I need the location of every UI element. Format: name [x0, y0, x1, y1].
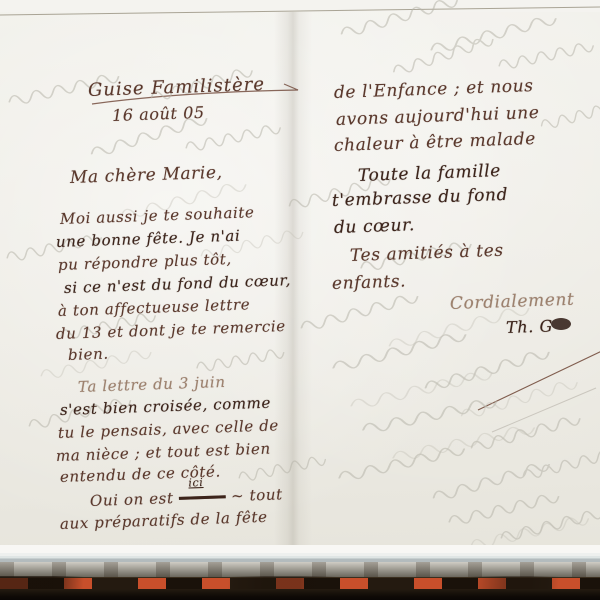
- page-stack-edge: [0, 545, 600, 562]
- letter-date: 16 août 05: [112, 103, 205, 125]
- signature: Th. G: [506, 316, 554, 337]
- struck-text: ———: [179, 487, 226, 507]
- correction-post: ~ tout: [225, 485, 283, 505]
- handwritten-line: enfants.: [332, 271, 407, 294]
- handwritten-line: du cœur.: [334, 215, 416, 238]
- handwritten-line: bien.: [68, 345, 109, 364]
- page-block-edge-shadow: [0, 562, 600, 577]
- inserted-word-above: ici: [188, 476, 203, 490]
- notebook-cover-bottom: [0, 589, 600, 600]
- top-page-edge: [0, 0, 600, 12]
- notebook-letter-photo: Guise Familistère 16 août 05 Ma chère Ma…: [0, 0, 600, 600]
- crossed-out-word: ici———: [179, 487, 226, 507]
- correction-pre: Oui on est: [90, 489, 180, 510]
